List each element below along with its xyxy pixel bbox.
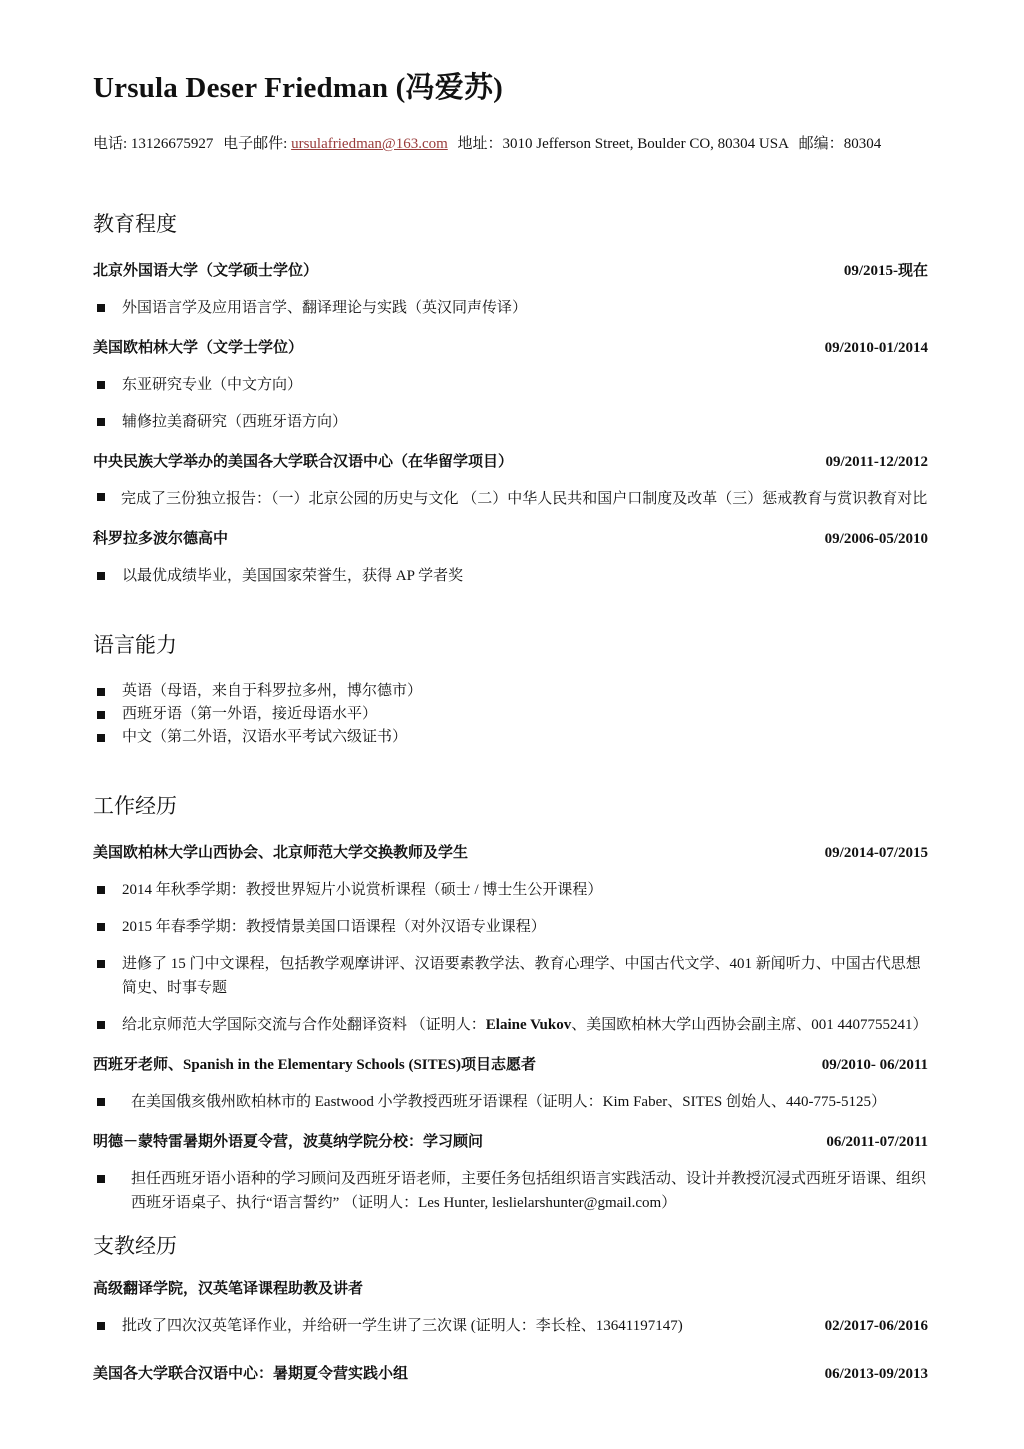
bullet-item: 在美国俄亥俄州欧柏林市的 Eastwood 小学教授西班牙语课程（证明人：Kim…: [93, 1090, 928, 1114]
phone-label: 电话:: [93, 136, 127, 152]
bullet-item: 担任西班牙语小语种的学习顾问及西班牙语老师，主要任务包括组织语言实践活动、设计并…: [93, 1167, 928, 1215]
bullet-item: 给北京师范大学国际交流与合作处翻译资料 （证明人：Elaine Vukov、美国…: [93, 1013, 928, 1037]
entry-row: 明德－蒙特雷暑期外语夏令营，波莫纳学院分校：学习顾问06/2011-07/201…: [93, 1130, 928, 1154]
bullet-square-icon: [97, 1175, 105, 1183]
bullet-square-icon: [97, 923, 105, 931]
entry-row: 美国各大学联合汉语中心：暑期夏令营实践小组06/2013-09/2013: [93, 1362, 928, 1386]
sections: 教育程度北京外国语大学（文学硕士学位）09/2015-现在外国语言学及应用语言学…: [93, 209, 928, 1386]
bullet-square-icon: [97, 734, 105, 742]
entry-row: 中央民族大学举办的美国各大学联合汉语中心（在华留学项目）09/2011-12/2…: [93, 450, 928, 474]
contact-line: 电话: 13126675927 电子邮件: ursulafriedman@163…: [93, 133, 928, 155]
zip-label: 邮编：: [799, 136, 844, 152]
entry-title: 科罗拉多波尔德高中: [93, 527, 228, 551]
entry-row: 美国欧柏林大学（文学士学位）09/2010-01/2014: [93, 336, 928, 360]
bullet-square-icon: [97, 1021, 105, 1029]
entry-date: 06/2013-09/2013: [825, 1362, 928, 1386]
entry-date: 09/2011-12/2012: [825, 450, 928, 474]
bullet-text-segment: 西班牙语（第一外语，接近母语水平）: [122, 706, 377, 722]
bullet-text: 中文（第二外语，汉语水平考试六级证书）: [122, 726, 928, 749]
entry-row: 北京外国语大学（文学硕士学位）09/2015-现在: [93, 259, 928, 283]
bullet-text: 辅修拉美裔研究（西班牙语方向）: [122, 410, 928, 434]
entry-row: 西班牙老师、Spanish in the Elementary Schools …: [93, 1053, 928, 1077]
bullet-square-icon: [97, 304, 105, 312]
zip-group: 邮编：80304: [799, 136, 882, 152]
bullet-item: 以最优成绩毕业，美国国家荣誉生，获得 AP 学者奖: [93, 564, 928, 588]
bullet-text-segment: 担任西班牙语小语种的学习顾问及西班牙语老师，主要任务包括组织语言实践活动、设计并…: [131, 1171, 926, 1211]
bullet-text-segment: 英语（母语，来自于科罗拉多州，博尔德市）: [122, 683, 422, 699]
bullet-text: 在美国俄亥俄州欧柏林市的 Eastwood 小学教授西班牙语课程（证明人：Kim…: [131, 1090, 928, 1114]
bullet-square-icon: [97, 493, 105, 501]
address-group: 地址：3010 Jefferson Street, Boulder CO, 80…: [458, 136, 789, 152]
section-heading-education: 教育程度: [93, 209, 928, 239]
bullet-text: 批改了四次汉英笔译作业，并给研一学生讲了三次课 (证明人：李长栓、1364119…: [122, 1314, 811, 1338]
entry-date: 09/2014-07/2015: [825, 841, 928, 865]
bullet-text-segment: 进修了 15 门中文课程，包括教学观摩讲评、汉语要素教学法、教育心理学、中国古代…: [122, 956, 921, 996]
bullet-text: 2015 年春季学期：教授情景美国口语课程（对外汉语专业课程）: [122, 915, 928, 939]
bullet-text: 进修了 15 门中文课程，包括教学观摩讲评、汉语要素教学法、教育心理学、中国古代…: [122, 952, 928, 1000]
bullet-text-segment: 以最优成绩毕业，美国国家荣誉生，获得 AP 学者奖: [122, 568, 463, 584]
entry-title: 美国欧柏林大学山西协会、北京师范大学交换教师及学生: [93, 841, 468, 865]
entry-title: 高级翻译学院，汉英笔译课程助教及讲者: [93, 1277, 363, 1301]
address-label: 地址：: [458, 136, 503, 152]
entry-row: 高级翻译学院，汉英笔译课程助教及讲者: [93, 1277, 928, 1301]
page-title: Ursula Deser Friedman (冯爱苏): [93, 70, 928, 106]
bullet-item: 2015 年春季学期：教授情景美国口语课程（对外汉语专业课程）: [93, 915, 928, 939]
section-work: 工作经历美国欧柏林大学山西协会、北京师范大学交换教师及学生09/2014-07/…: [93, 791, 928, 1215]
bullet-text-bold-segment: Elaine Vukov: [486, 1017, 571, 1033]
resume-page: Ursula Deser Friedman (冯爱苏) 电话: 13126675…: [0, 0, 1024, 1449]
section-volunteer: 支教经历高级翻译学院，汉英笔译课程助教及讲者批改了四次汉英笔译作业，并给研一学生…: [93, 1231, 928, 1386]
bullet-text-segment: 东亚研究专业（中文方向）: [122, 377, 302, 393]
bullet-text-segment: 2014 年秋季学期：教授世界短片小说赏析课程（硕士 / 博士生公开课程）: [122, 882, 602, 898]
bullet-text: 以最优成绩毕业，美国国家荣誉生，获得 AP 学者奖: [122, 564, 928, 588]
entry-row: 科罗拉多波尔德高中09/2006-05/2010: [93, 527, 928, 551]
bullet-text-segment: 2015 年春季学期：教授情景美国口语课程（对外汉语专业课程）: [122, 919, 546, 935]
bullet-square-icon: [97, 711, 105, 719]
entry-date: 09/2010-01/2014: [825, 336, 928, 360]
email-link[interactable]: ursulafriedman@163.com: [291, 136, 448, 152]
entry-date: 06/2011-07/2011: [826, 1130, 928, 1154]
bullet-square-icon: [97, 688, 105, 696]
phone-value: 13126675927: [131, 136, 214, 152]
bullet-square-icon: [97, 381, 105, 389]
entry-row: 美国欧柏林大学山西协会、北京师范大学交换教师及学生09/2014-07/2015: [93, 841, 928, 865]
entry-title: 中央民族大学举办的美国各大学联合汉语中心（在华留学项目）: [93, 450, 513, 474]
entry-title: 西班牙老师、Spanish in the Elementary Schools …: [93, 1053, 536, 1077]
bullet-text: 完成了三份独立报告：（一）北京公园的历史与文化 （二）中华人民共和国户口制度及改…: [121, 491, 927, 507]
bullet-item: 2014 年秋季学期：教授世界短片小说赏析课程（硕士 / 博士生公开课程）: [93, 878, 928, 902]
entry-title: 明德－蒙特雷暑期外语夏令营，波莫纳学院分校：学习顾问: [93, 1130, 483, 1154]
email-label: 电子邮件:: [223, 136, 287, 152]
bullet-item: 辅修拉美裔研究（西班牙语方向）: [93, 410, 928, 434]
bullet-square-icon: [97, 572, 105, 580]
bullet-text-segment: 给北京师范大学国际交流与合作处翻译资料 （证明人：: [122, 1017, 486, 1033]
bullet-text-segment: 、美国欧柏林大学山西协会副主席、001 4407755241）: [571, 1017, 927, 1033]
bullet-text-segment: 辅修拉美裔研究（西班牙语方向）: [122, 414, 347, 430]
bullet-item: 东亚研究专业（中文方向）: [93, 373, 928, 397]
bullet-text-segment: 批改了四次汉英笔译作业，并给研一学生讲了三次课 (证明人：李长栓、1364119…: [122, 1318, 683, 1334]
bullet-item: 批改了四次汉英笔译作业，并给研一学生讲了三次课 (证明人：李长栓、1364119…: [93, 1314, 928, 1338]
bullet-text: 给北京师范大学国际交流与合作处翻译资料 （证明人：Elaine Vukov、美国…: [122, 1013, 928, 1037]
bullet-text-segment: 中文（第二外语，汉语水平考试六级证书）: [122, 729, 407, 745]
section-heading-languages: 语言能力: [93, 630, 928, 660]
bullet-date: 02/2017-06/2016: [825, 1314, 928, 1338]
bullet-item: 外国语言学及应用语言学、翻译理论与实践（英汉同声传译）: [93, 296, 928, 320]
section-education: 教育程度北京外国语大学（文学硕士学位）09/2015-现在外国语言学及应用语言学…: [93, 209, 928, 588]
bullet-text: 东亚研究专业（中文方向）: [122, 373, 928, 397]
bullet-item: 中文（第二外语，汉语水平考试六级证书）: [93, 726, 928, 749]
bullet-item: 英语（母语，来自于科罗拉多州，博尔德市）: [93, 680, 928, 703]
bullet-text: 西班牙语（第一外语，接近母语水平）: [122, 703, 928, 726]
bullet-text: 担任西班牙语小语种的学习顾问及西班牙语老师，主要任务包括组织语言实践活动、设计并…: [131, 1167, 928, 1215]
bullet-square-icon: [97, 1098, 105, 1106]
bullet-square-icon: [97, 960, 105, 968]
bullet-square-icon: [97, 1322, 105, 1330]
section-heading-work: 工作经历: [93, 791, 928, 821]
entry-date: 09/2010- 06/2011: [822, 1053, 928, 1077]
address-value: 3010 Jefferson Street, Boulder CO, 80304…: [503, 136, 789, 152]
bullet-text-segment: 外国语言学及应用语言学、翻译理论与实践（英汉同声传译）: [122, 300, 527, 316]
bullet-text: 外国语言学及应用语言学、翻译理论与实践（英汉同声传译）: [122, 296, 928, 320]
bullet-square-icon: [97, 418, 105, 426]
email-group: 电子邮件: ursulafriedman@163.com: [223, 136, 448, 152]
zip-value: 80304: [844, 136, 882, 152]
entry-title: 北京外国语大学（文学硕士学位）: [93, 259, 318, 283]
entry-date: 09/2006-05/2010: [825, 527, 928, 551]
bullet-item: 进修了 15 门中文课程，包括教学观摩讲评、汉语要素教学法、教育心理学、中国古代…: [93, 952, 928, 1000]
entry-date: 09/2015-现在: [844, 259, 928, 283]
bullet-text-segment: 在美国俄亥俄州欧柏林市的 Eastwood 小学教授西班牙语课程（证明人：Kim…: [131, 1094, 886, 1110]
section-heading-volunteer: 支教经历: [93, 1231, 928, 1261]
bullet-square-icon: [97, 886, 105, 894]
phone-group: 电话: 13126675927: [93, 136, 213, 152]
bullet-item: 西班牙语（第一外语，接近母语水平）: [93, 703, 928, 726]
bullet-text: 2014 年秋季学期：教授世界短片小说赏析课程（硕士 / 博士生公开课程）: [122, 878, 928, 902]
entry-title: 美国各大学联合汉语中心：暑期夏令营实践小组: [93, 1362, 408, 1386]
bullet-item: 完成了三份独立报告：（一）北京公园的历史与文化 （二）中华人民共和国户口制度及改…: [93, 487, 928, 511]
bullet-text: 英语（母语，来自于科罗拉多州，博尔德市）: [122, 680, 928, 703]
entry-title: 美国欧柏林大学（文学士学位）: [93, 336, 303, 360]
section-languages: 语言能力英语（母语，来自于科罗拉多州，博尔德市）西班牙语（第一外语，接近母语水平…: [93, 630, 928, 749]
bullet-text-segment: 完成了三份独立报告：（一）北京公园的历史与文化 （二）中华人民共和国户口制度及改…: [121, 491, 927, 507]
